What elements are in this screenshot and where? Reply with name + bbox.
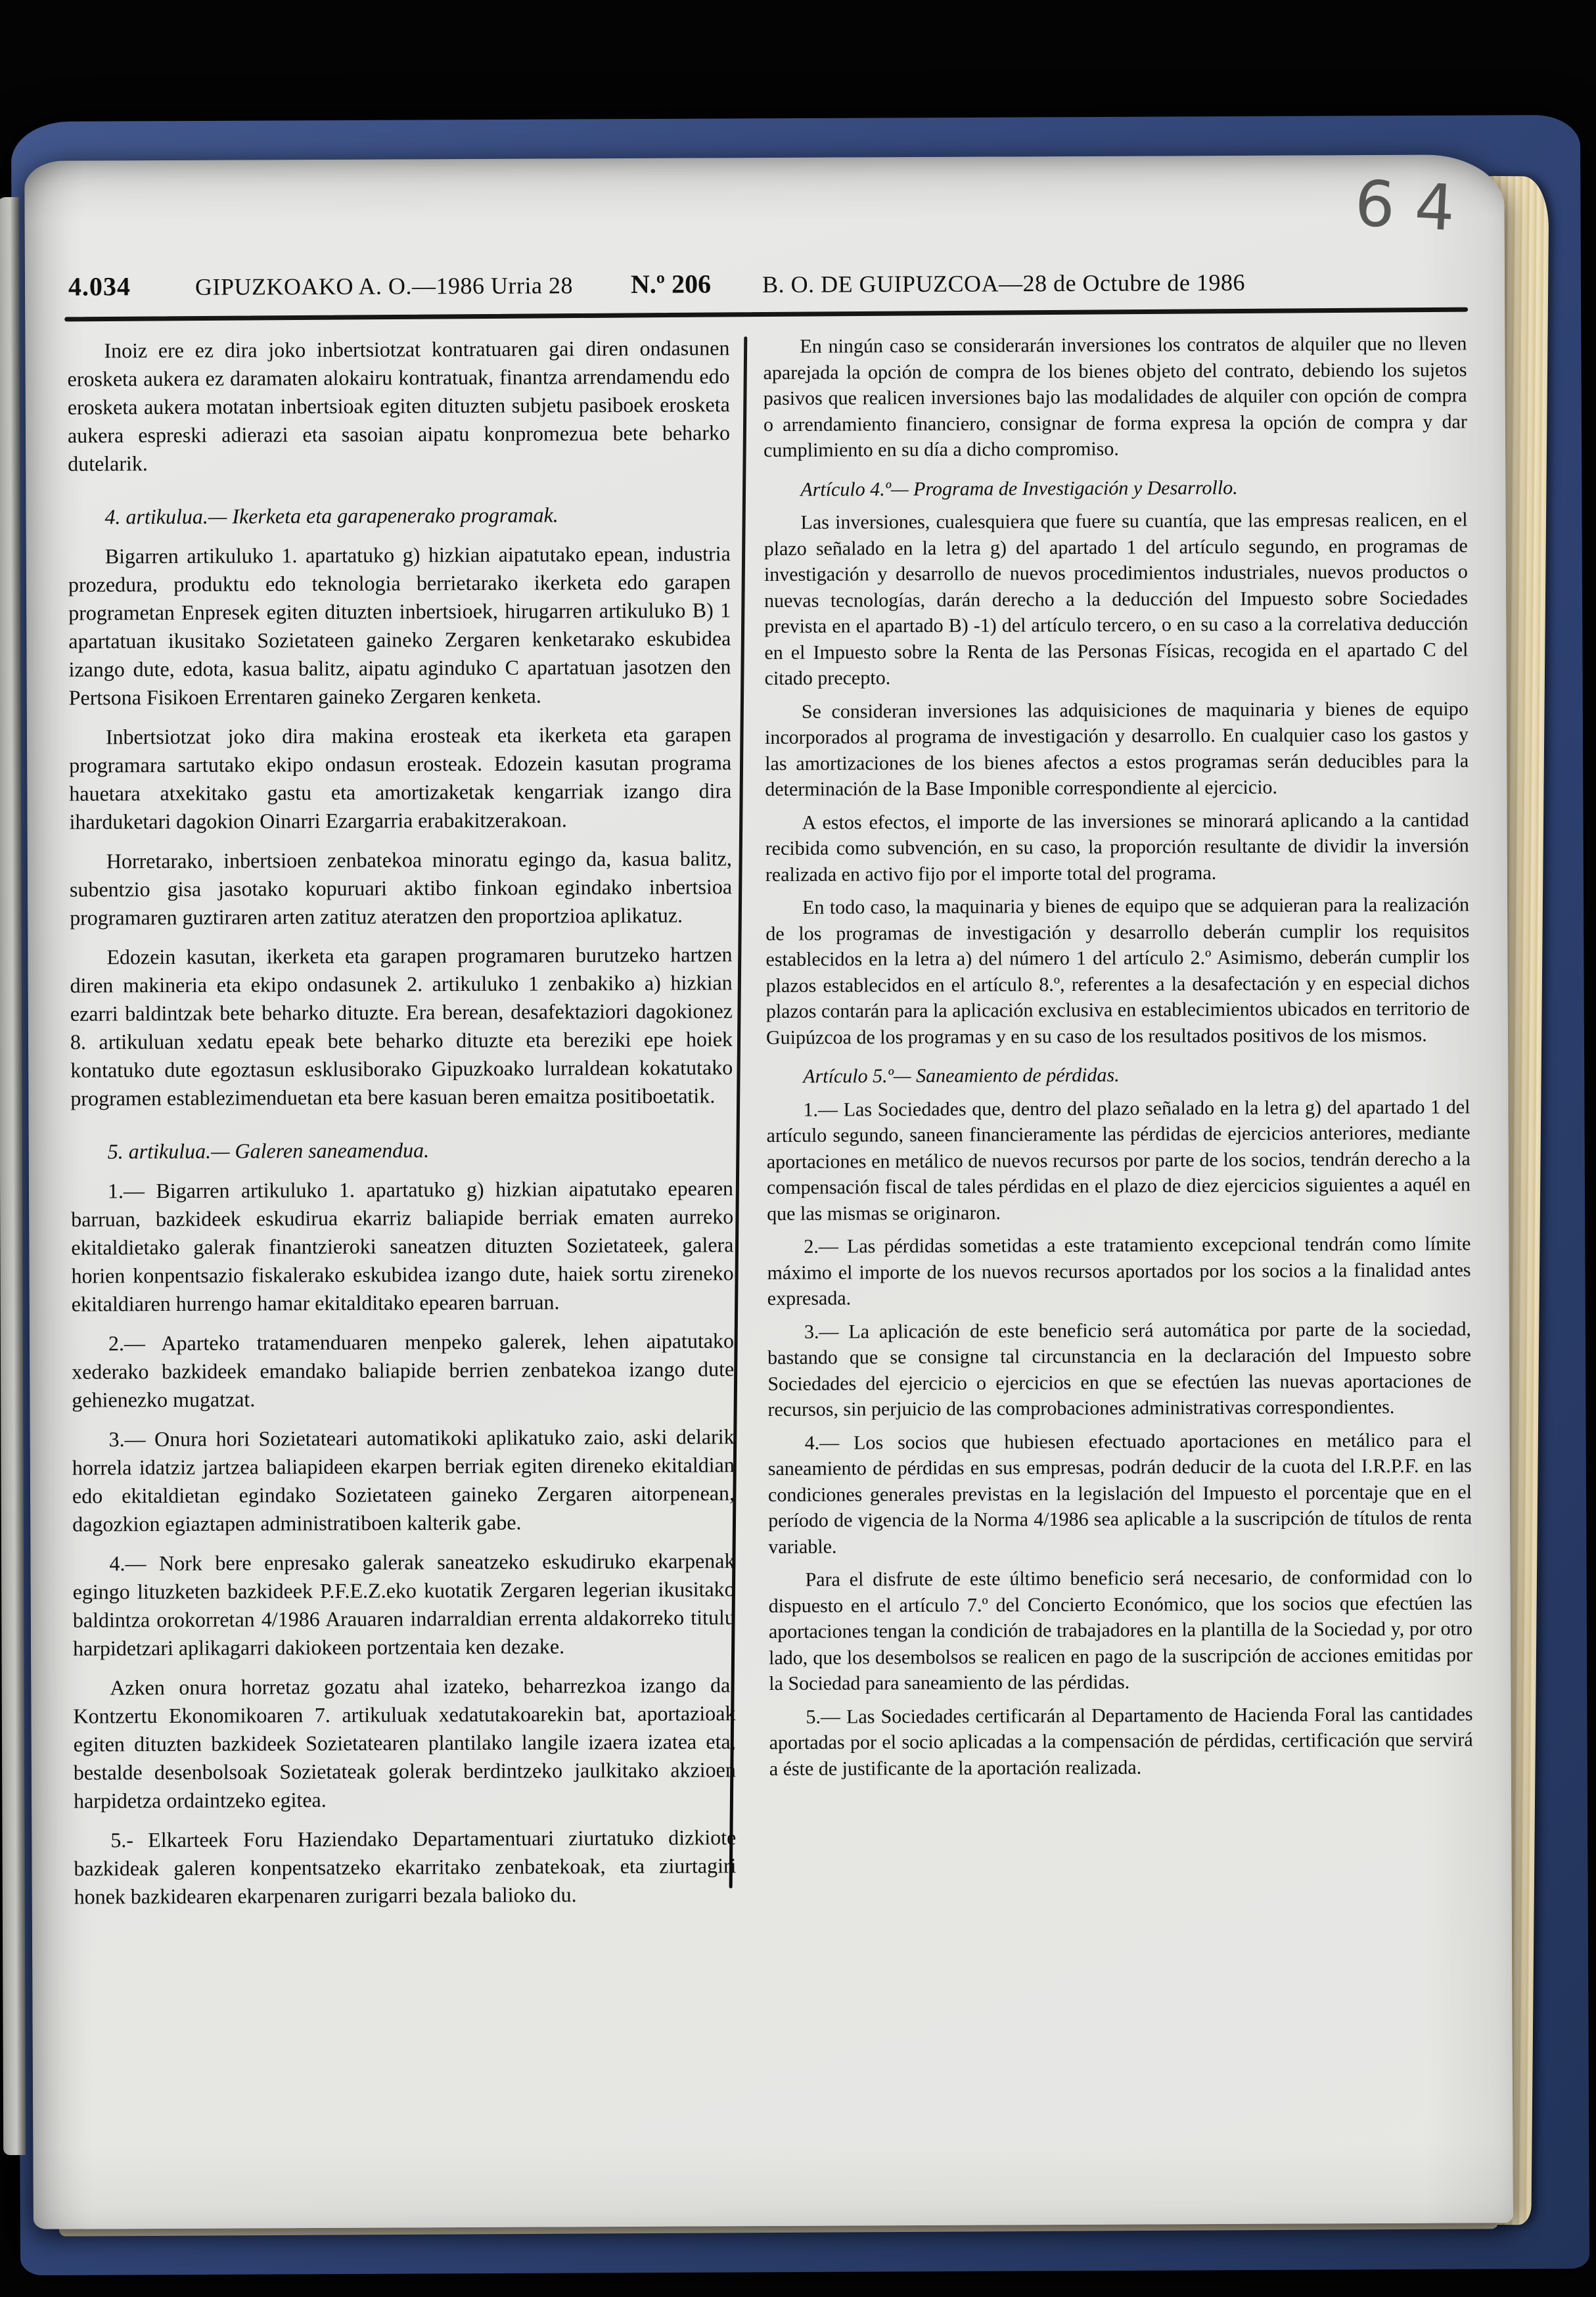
paragraph: Azken onura horretaz gozatu ahal izateko… [73, 1671, 736, 1815]
header-spanish-title: B. O. DE GUIPUZCOA—28 de Octubre de 1986 [762, 269, 1245, 298]
paragraph: 5.— Las Sociedades certificarán al Depar… [769, 1701, 1473, 1782]
paragraph: A estos efectos, el importe de las inver… [765, 807, 1469, 888]
page-header: 4.034 GIPUZKOAKO A. O.—1986 Urria 28 N.º… [68, 265, 1463, 302]
header-issue-number: N.º 206 [631, 268, 711, 300]
paragraph: 4.— Los socios que hubiesen efectuado ap… [768, 1427, 1472, 1560]
two-column-text: Inoiz ere ez dira joko inbertsiotzat kon… [25, 313, 1512, 1911]
header-page-number: 4.034 [68, 271, 131, 302]
paragraph: Se consideran inversiones las adquisicio… [765, 696, 1469, 803]
paragraph: En todo caso, la maquinaria y bienes de … [765, 892, 1470, 1051]
paragraph: Inbertsiotzat joko dira makina erosteak … [69, 720, 732, 836]
paragraph: En ningún caso se considerarán inversion… [763, 330, 1467, 463]
paragraph: Bigarren artikuluko 1. apartatuko g) hiz… [68, 539, 731, 712]
paragraph: 2.— Las pérdidas sometidas a este tratam… [767, 1231, 1471, 1311]
paragraph: 2.— Aparteko tratamenduaren menpeko gale… [72, 1327, 735, 1414]
paragraph: 3.— La aplicación de este beneficio será… [767, 1316, 1472, 1423]
paragraph: 5.- Elkarteek Foru Haziendako Departamen… [74, 1823, 737, 1911]
article-heading: 4. artikulua.— Ikerketa eta garapenerako… [68, 500, 730, 531]
article-heading: Artículo 5.º— Saneamiento de pérdidas. [766, 1060, 1470, 1089]
paragraph: 3.— Onura hori Sozietateari automatikoki… [72, 1422, 735, 1538]
article-heading: 5. artikulua.— Galeren saneamendua. [71, 1135, 733, 1166]
article-heading: Artículo 4.º— Programa de Investigación … [764, 474, 1467, 503]
paragraph: 4.— Nork bere enpresako galerak saneatze… [72, 1547, 735, 1662]
paragraph: 1.— Las Sociedades que, dentro del plazo… [766, 1094, 1471, 1227]
paragraph: Las inversiones, cualesquiera que fuere … [764, 507, 1468, 691]
paragraph: Horretarako, inbertsioen zenbatekoa mino… [70, 844, 733, 932]
column-basque: Inoiz ere ez dira joko inbertsiotzat kon… [67, 334, 736, 1911]
paragraph: Inoiz ere ez dira joko inbertsiotzat kon… [67, 334, 730, 478]
handwritten-page-number: 64 [1353, 166, 1476, 246]
paragraph: Para el disfrute de este último benefici… [768, 1564, 1472, 1696]
paragraph: Edozein kasutan, ikerketa eta garapen pr… [70, 940, 733, 1112]
paragraph: 1.— Bigarren artikuluko 1. apartatuko g)… [71, 1174, 734, 1318]
bulletin-page: 4.034 GIPUZKOAKO A. O.—1986 Urria 28 N.º… [24, 154, 1513, 2229]
column-spanish: En ningún caso se considerarán inversion… [763, 330, 1473, 1908]
photo-background: 4.034 GIPUZKOAKO A. O.—1986 Urria 28 N.º… [0, 0, 1596, 2297]
header-basque-title: GIPUZKOAKO A. O.—1986 Urria 28 [195, 271, 573, 301]
